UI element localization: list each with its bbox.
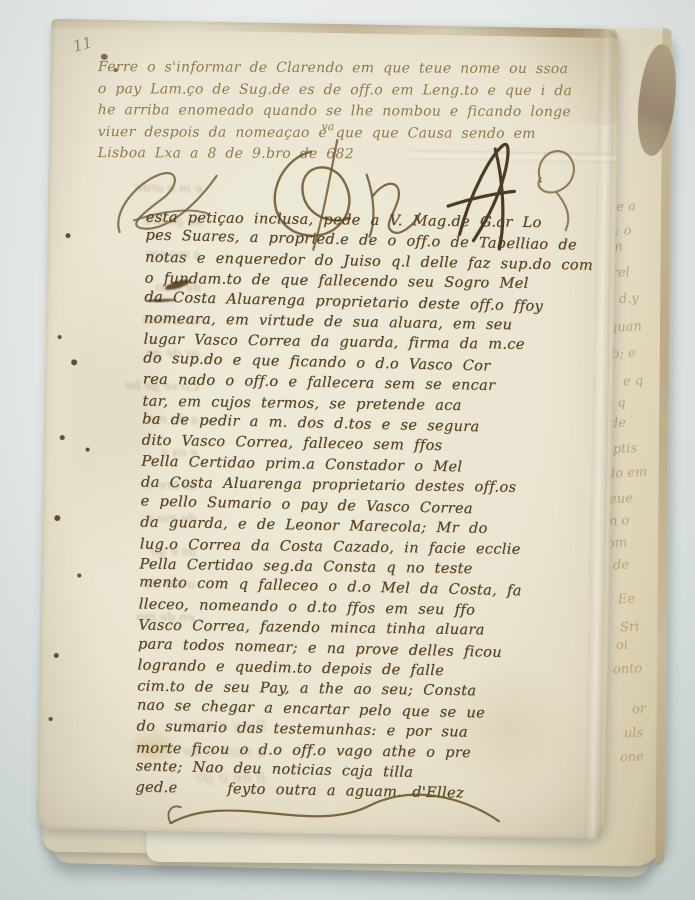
top-sheet: e m o arde se go bre a mo ses de o so en… (37, 19, 620, 839)
closing-swash-icon (165, 783, 506, 835)
ink-spot (58, 335, 62, 339)
body-text: esta petiçao inclusa, pede a V. Mag.de G… (135, 207, 598, 807)
ink-spot (54, 515, 60, 521)
margin-fragment: one (620, 749, 645, 765)
margin-fragment: Ee (618, 592, 636, 608)
header-note-line: he arriba enomeado quando se lhe nombou … (98, 100, 584, 124)
header-note-line: o pay Lam.ço de Sug.de es de off.o em Le… (98, 79, 584, 103)
ink-spot (86, 448, 90, 452)
manuscript-photo: me a & o rim arel a d.y quan rb; e e q c… (0, 0, 695, 900)
margin-fragment: or (632, 702, 647, 718)
margin-fragment: e q (623, 373, 644, 389)
margin-fragment: Sri (620, 620, 640, 636)
ink-spot (49, 717, 53, 721)
margin-fragment: onto (613, 661, 643, 678)
margin-fragment: de (613, 558, 630, 574)
margin-fragment: n o (609, 513, 630, 529)
ink-spot (71, 359, 77, 365)
folio-number: 11 (71, 33, 94, 55)
ink-spot (114, 68, 118, 72)
margin-fragment: uls (624, 726, 644, 742)
header-note-line: Ferre o s'informar de Clarendo em que te… (98, 57, 584, 81)
ink-spot (65, 233, 70, 238)
margin-fragment: do em (607, 465, 648, 482)
ink-spot (54, 653, 59, 658)
ink-spot (77, 573, 81, 577)
margin-fragment: oi (616, 638, 629, 654)
ink-spot (60, 435, 65, 440)
ink-spot (101, 54, 108, 60)
